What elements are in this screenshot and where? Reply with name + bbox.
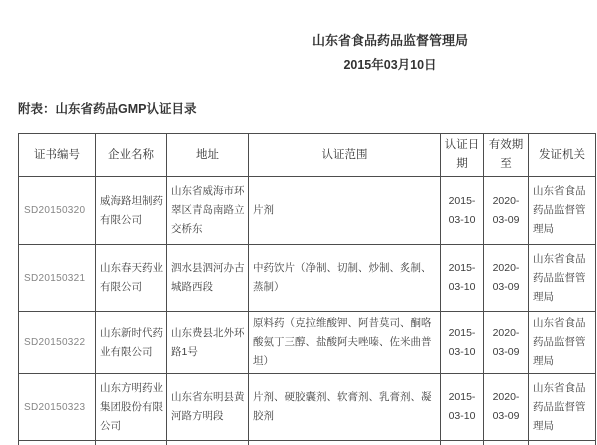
document-date: 2015年03月10日: [270, 55, 510, 73]
company-cell: 山东春天药业有限公司: [96, 245, 167, 312]
address-cell: 泗水县泗河办古城路西段: [167, 245, 249, 312]
company-cell: 威海路坦制药有限公司: [96, 177, 167, 245]
table-header-row: 证书编号 企业名称 地址 认证范围 认证日期 有效期至 发证机关: [19, 134, 596, 177]
scope-cell: 片剂、硬胶囊剂、软膏剂、乳膏剂、凝胶剂: [249, 374, 441, 441]
cert-no-cell: SD20150320: [19, 177, 96, 245]
address-cell: 山东省东明县黄河路方明段: [167, 374, 249, 441]
cert-no-cell: SD20150321: [19, 245, 96, 312]
cert-date-cell: 2015-03-10: [441, 312, 484, 374]
issuer-cell: 山东省食品药品监督管理局: [529, 245, 596, 312]
col-header-issuer: 发证机关: [529, 134, 596, 177]
cert-no-cell: SD20150322: [19, 312, 96, 374]
company-cell: 山东方明药业集团股份有限公司: [96, 374, 167, 441]
table-row-clipped: [19, 441, 596, 445]
col-header-cert-no: 证书编号: [19, 134, 96, 177]
cert-no-cell: SD20150323: [19, 374, 96, 441]
table-row: SD20150322 山东新时代药业有限公司 山东费县北外环路1号 原料药（克拉…: [19, 312, 596, 374]
valid-until-cell: 2020-03-09: [484, 312, 529, 374]
cert-date-cell: 2015-03-10: [441, 374, 484, 441]
table-row: SD20150320 威海路坦制药有限公司 山东省威海市环翠区青岛南路立交桥东 …: [19, 177, 596, 245]
address-cell: 山东省威海市环翠区青岛南路立交桥东: [167, 177, 249, 245]
issuer-cell: 山东省食品药品监督管理局: [529, 374, 596, 441]
scope-cell: 片剂: [249, 177, 441, 245]
col-header-address: 地址: [167, 134, 249, 177]
org-name: 山东省食品药品监督管理局: [270, 30, 510, 49]
address-cell: 山东费县北外环路1号: [167, 312, 249, 374]
table-row: SD20150321 山东春天药业有限公司 泗水县泗河办古城路西段 中药饮片（净…: [19, 245, 596, 312]
attachment-title: 附表：山东省药品GMP认证目录: [18, 99, 196, 117]
scope-cell: 原料药（克拉维酸钾、阿昔莫司、酮咯酸氨丁三醇、盐酸阿夫唑嗪、佐米曲普坦）: [249, 312, 441, 374]
col-header-company: 企业名称: [96, 134, 167, 177]
valid-until-cell: 2020-03-09: [484, 177, 529, 245]
company-cell: 山东新时代药业有限公司: [96, 312, 167, 374]
table-row: SD20150323 山东方明药业集团股份有限公司 山东省东明县黄河路方明段 片…: [19, 374, 596, 441]
col-header-cert-date: 认证日期: [441, 134, 484, 177]
cert-date-cell: 2015-03-10: [441, 245, 484, 312]
col-header-scope: 认证范围: [249, 134, 441, 177]
col-header-valid-until: 有效期至: [484, 134, 529, 177]
scope-cell: 中药饮片（净制、切制、炒制、炙制、蒸制）: [249, 245, 441, 312]
issuer-cell: 山东省食品药品监督管理局: [529, 177, 596, 245]
cert-date-cell: 2015-03-10: [441, 177, 484, 245]
gmp-certification-table: 证书编号 企业名称 地址 认证范围 认证日期 有效期至 发证机关 SD20150…: [18, 133, 596, 445]
issuer-cell: 山东省食品药品监督管理局: [529, 312, 596, 374]
valid-until-cell: 2020-03-09: [484, 245, 529, 312]
valid-until-cell: 2020-03-09: [484, 374, 529, 441]
